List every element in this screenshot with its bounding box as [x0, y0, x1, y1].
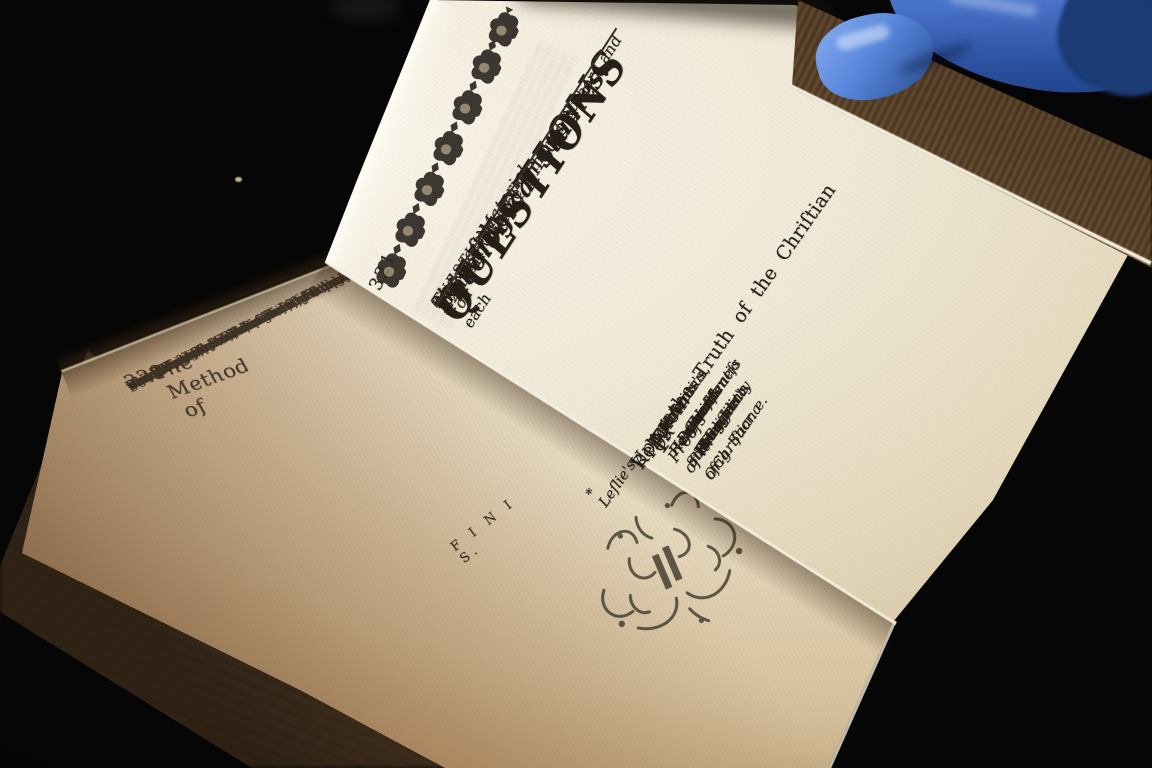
photo-open-antique-book: 320 The Method of every Thing, not ſhewi… — [0, 0, 1152, 768]
blur-smudge — [330, 0, 400, 20]
dust-speck — [235, 177, 242, 182]
glove-highlight — [948, 0, 1039, 18]
glove-shadow-side — [1043, 0, 1152, 111]
